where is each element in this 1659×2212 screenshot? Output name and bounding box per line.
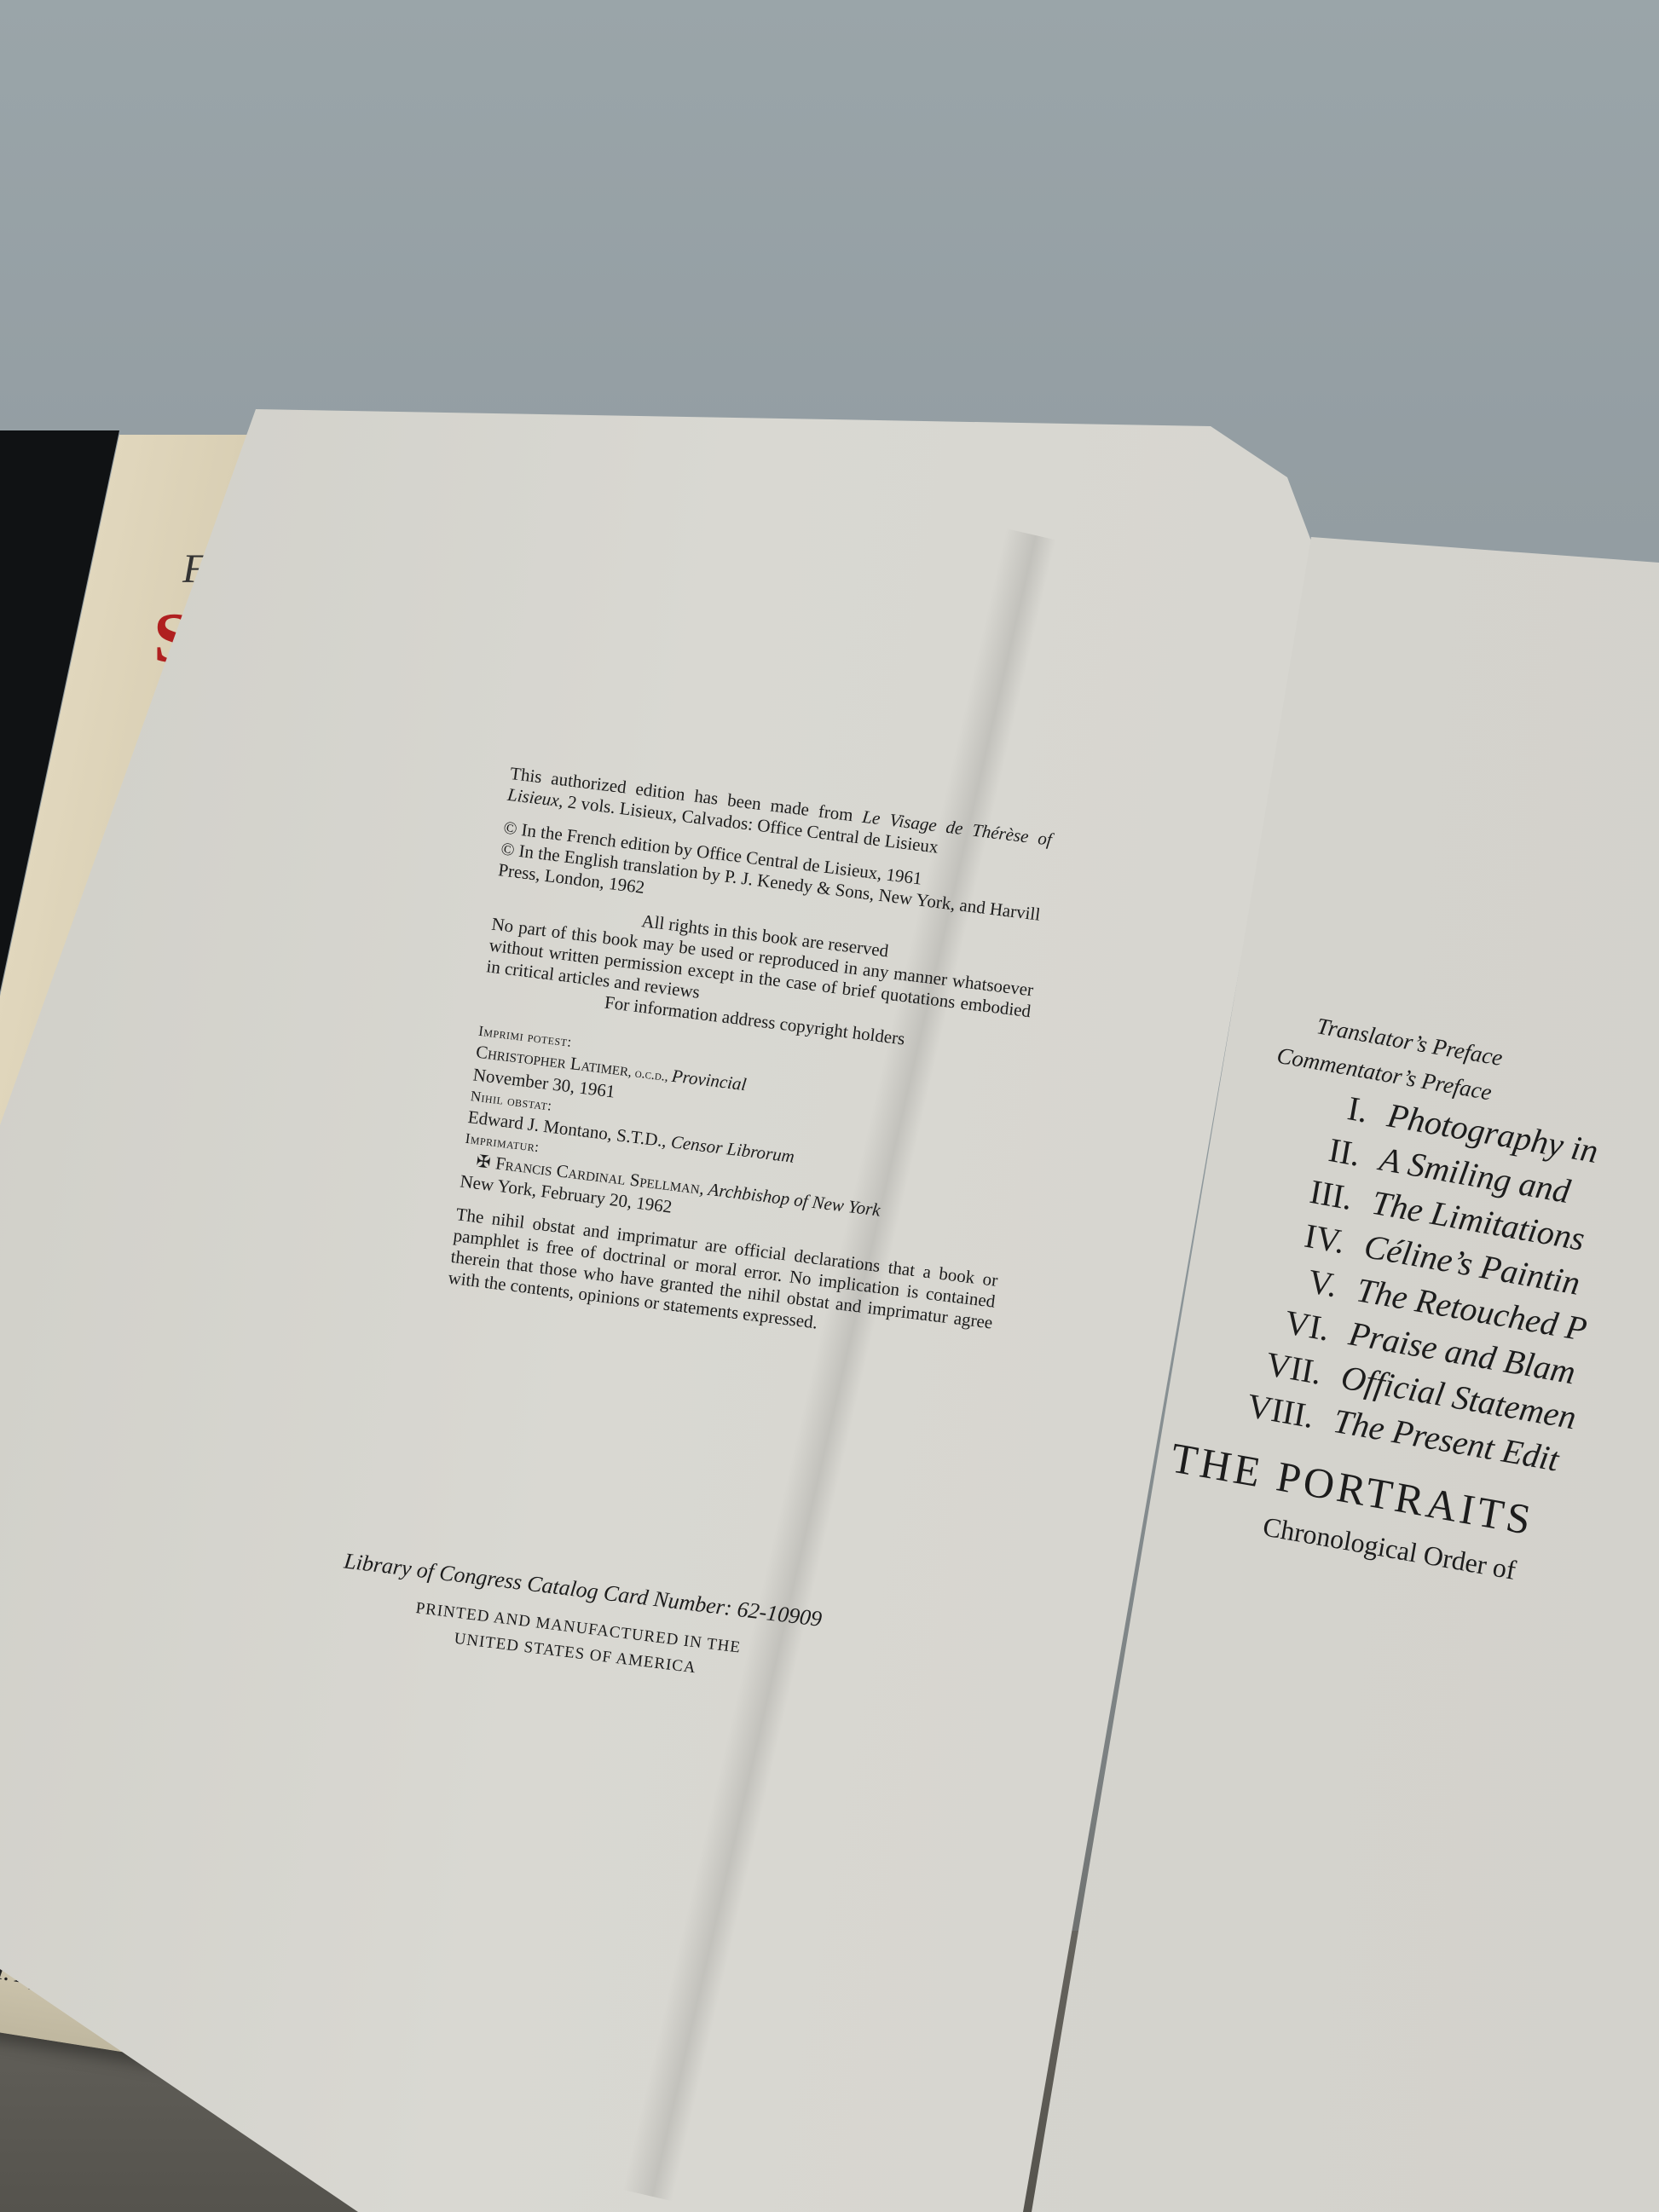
imprimi-potest-order: , o.c.d., bbox=[627, 1065, 673, 1084]
copyright-colophon: This authorized edition has been made fr… bbox=[447, 763, 1053, 1354]
maltese-cross-icon: ✠ bbox=[475, 1152, 491, 1173]
